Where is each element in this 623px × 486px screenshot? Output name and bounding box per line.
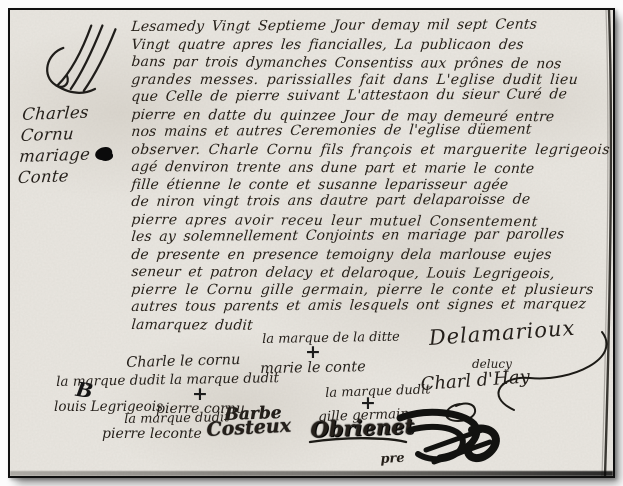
record-line: de presente en presence temoigny dela ma…: [130, 247, 615, 265]
mark-caption-la-marque-dudit: la marque dudit: [325, 382, 431, 401]
margin-monogram: [26, 20, 136, 102]
record-line: les ay solemnellement Conjoints en maria…: [131, 226, 615, 246]
signature-priest-title-pre: pre: [380, 451, 405, 467]
signature-cross-mark: +: [192, 383, 208, 405]
signature-priest-obrienet: Obrienet: [310, 413, 415, 442]
signature-costeux: Costeux: [206, 415, 292, 441]
record-line: observer. Charle Cornu fils françois et …: [130, 142, 615, 160]
record-text-block: Lesamedy Vingt Septieme Jour demay mil s…: [132, 19, 615, 334]
signature-pierre-leconte: pierre leconte: [102, 426, 202, 442]
signature-charl-dhay: Charl d'Hay: [420, 366, 530, 395]
record-line: Vingt quatre apres les fiancialles, La p…: [130, 37, 615, 55]
margin-note: Charles Cornu mariage Conte: [20, 20, 134, 186]
record-line: que Celle de pierre suivant L'attestaon …: [131, 86, 615, 106]
margin-word: Conte: [17, 163, 132, 188]
margin-note-words: Charles Cornu mariage Conte: [17, 100, 137, 188]
mark-caption-la-marque-de-la-ditte: la marque de la ditte: [262, 330, 400, 347]
signature-cross-mark: +: [360, 392, 376, 414]
record-line: de niron vingt trois ans dautre part del…: [131, 191, 615, 211]
record-line: Lesamedy Vingt Septieme Jour demay mil s…: [131, 16, 615, 36]
personal-mark-b: B: [74, 377, 94, 403]
signature-charle-le-cornu: Charle le cornu: [126, 352, 241, 371]
page-edge-shadow: [10, 471, 613, 476]
scanned-document: Charles Cornu mariage Conte Lesamedy Vin…: [8, 8, 615, 478]
manuscript-page: Charles Cornu mariage Conte Lesamedy Vin…: [0, 0, 623, 486]
record-line: autres tous parents et amis lesquels ont…: [131, 296, 615, 316]
record-line: nos mains et autres Ceremonies de l'egli…: [131, 121, 615, 141]
signature-cross-mark: +: [305, 341, 321, 363]
